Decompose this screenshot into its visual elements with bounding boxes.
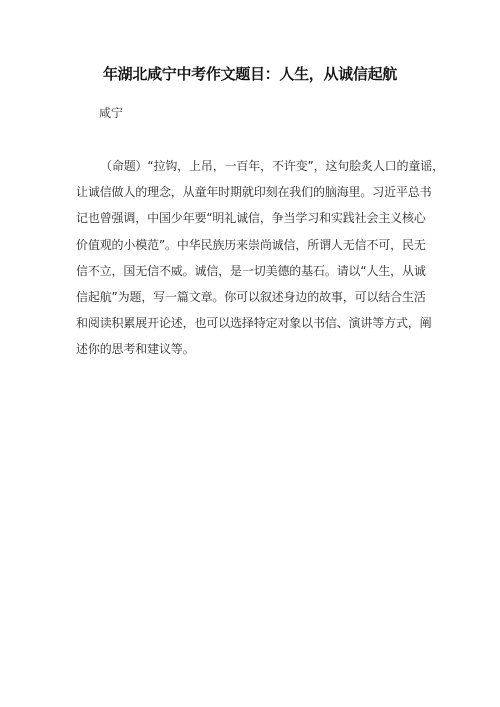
paragraph-line: （命题）“拉钩，上吊，一百年，不许变”，这句脍炙人口的童谣， [76,153,432,179]
paragraph-line: 价值观的小模范”。中华民族历来崇尚诚信，所谓人无信不可，民无 [76,232,432,258]
prompt-paragraph: （命题）“拉钩，上吊，一百年，不许变”，这句脍炙人口的童谣， 让诚信做人的理念，… [76,153,432,363]
paragraph-line: 信起航”为题，写一篇文章。你可以叙述身边的故事，可以结合生活 [76,284,432,310]
document-title: 年湖北咸宁中考作文题目：人生，从诚信起航 [0,63,500,85]
paragraph-line: 信不立，国无信不威。诚信，是一切美德的基石。请以“人生，从诚 [76,258,432,284]
paragraph-line: 记也曾强调，中国少年要“明礼诚信，争当学习和实践社会主义核心 [76,205,432,231]
paragraph-line: 和阅读积累展开论述，也可以选择特定对象以书信、演讲等方式，阐 [76,310,432,336]
paragraph-line: 述你的思考和建议等。 [76,336,432,362]
paragraph-line: 让诚信做人的理念，从童年时期就印刻在我们的脑海里。习近平总书 [76,179,432,205]
document-page: 年湖北咸宁中考作文题目：人生，从诚信起航 咸宁 （命题）“拉钩，上吊，一百年，不… [0,0,500,707]
document-byline: 咸宁 [99,104,123,122]
